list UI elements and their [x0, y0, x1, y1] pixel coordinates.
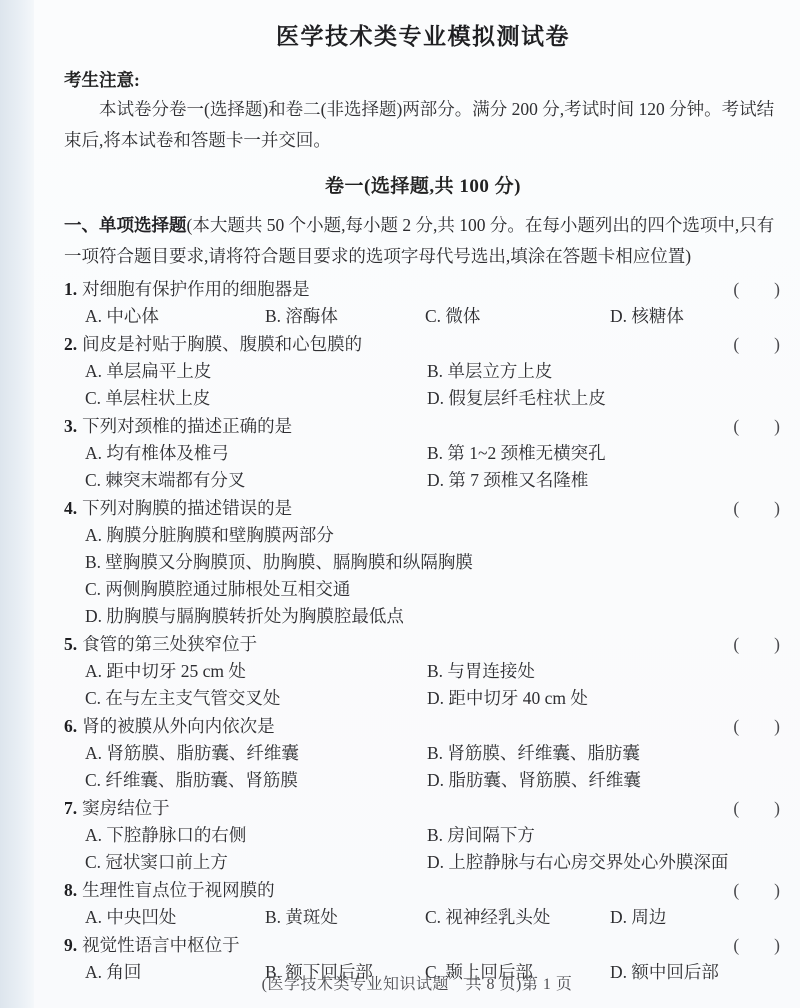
- option-a: A. 胸膜分脏胸膜和壁胸膜两部分: [85, 522, 782, 549]
- option-d: D. 第 7 颈椎又名隆椎: [427, 467, 782, 494]
- question-number: 8.: [64, 877, 77, 904]
- notice-label: 考生注意:: [64, 67, 782, 92]
- option-a: A. 距中切牙 25 cm 处: [85, 658, 427, 685]
- question-number: 2.: [64, 331, 77, 358]
- question-stem-row: 1. 对细胞有保护作用的细胞器是 ( ): [64, 276, 782, 303]
- option-c: C. 棘突末端都有分叉: [85, 467, 427, 494]
- page-footer: (医学技术类专业知识试题 共 8 页)第 1 页: [34, 971, 800, 994]
- option-d: D. 脂肪囊、肾筋膜、纤维囊: [427, 767, 782, 794]
- option-d: D. 肋胸膜与膈胸膜转折处为胸膜腔最低点: [85, 603, 782, 630]
- options-row: A. 中心体 B. 溶酶体 C. 微体 D. 核糖体: [85, 303, 782, 330]
- option-a: A. 中央凹处: [85, 904, 265, 931]
- question-2: 2. 间皮是衬贴于胸膜、腹膜和心包膜的 ( ) A. 单层扁平上皮 B. 单层立…: [64, 331, 782, 412]
- question-stem: 肾的被膜从外向内依次是: [82, 713, 733, 740]
- question-stem: 间皮是衬贴于胸膜、腹膜和心包膜的: [82, 331, 733, 358]
- answer-bracket: ( ): [733, 495, 782, 522]
- questions-list: 1. 对细胞有保护作用的细胞器是 ( ) A. 中心体 B. 溶酶体 C. 微体…: [64, 276, 782, 986]
- question-number: 3.: [64, 413, 77, 440]
- option-b: B. 房间隔下方: [427, 822, 782, 849]
- answer-bracket: ( ): [733, 713, 782, 740]
- question-number: 5.: [64, 631, 77, 658]
- question-stem-row: 8. 生理性盲点位于视网膜的 ( ): [64, 877, 782, 904]
- part-label: 一、单项选择题: [64, 215, 187, 235]
- option-d: D. 假复层纤毛柱状上皮: [427, 385, 782, 412]
- question-stem: 视觉性语言中枢位于: [82, 932, 733, 959]
- option-c: C. 冠状窦口前上方: [85, 849, 427, 876]
- answer-bracket: ( ): [733, 413, 782, 440]
- option-b: B. 壁胸膜又分胸膜顶、肋胸膜、膈胸膜和纵隔胸膜: [85, 549, 782, 576]
- answer-bracket: ( ): [733, 276, 782, 303]
- question-stem-row: 6. 肾的被膜从外向内依次是 ( ): [64, 713, 782, 740]
- question-stem-row: 3. 下列对颈椎的描述正确的是 ( ): [64, 413, 782, 440]
- option-a: A. 下腔静脉口的右侧: [85, 822, 427, 849]
- option-c: C. 视神经乳头处: [425, 904, 610, 931]
- answer-bracket: ( ): [733, 932, 782, 959]
- question-1: 1. 对细胞有保护作用的细胞器是 ( ) A. 中心体 B. 溶酶体 C. 微体…: [64, 276, 782, 330]
- option-a: A. 均有椎体及椎弓: [85, 440, 427, 467]
- question-number: 6.: [64, 713, 77, 740]
- option-d: D. 核糖体: [610, 303, 782, 330]
- page-title: 医学技术类专业模拟测试卷: [64, 18, 782, 51]
- question-stem: 对细胞有保护作用的细胞器是: [82, 276, 733, 303]
- option-c: C. 在与左主支气管交叉处: [85, 685, 427, 712]
- notice-body: 本试卷分卷一(选择题)和卷二(非选择题)两部分。满分 200 分,考试时间 12…: [64, 94, 782, 156]
- question-stem: 窦房结位于: [82, 795, 733, 822]
- question-number: 9.: [64, 932, 77, 959]
- exam-paper-page: 医学技术类专业模拟测试卷 考生注意: 本试卷分卷一(选择题)和卷二(非选择题)两…: [34, 0, 800, 1008]
- option-a: A. 单层扁平上皮: [85, 358, 427, 385]
- question-7: 7. 窦房结位于 ( ) A. 下腔静脉口的右侧 B. 房间隔下方 C. 冠状窦…: [64, 795, 782, 876]
- options-list: A. 胸膜分脏胸膜和壁胸膜两部分 B. 壁胸膜又分胸膜顶、肋胸膜、膈胸膜和纵隔胸…: [85, 522, 782, 630]
- option-a: A. 肾筋膜、脂肪囊、纤维囊: [85, 740, 427, 767]
- option-c: C. 单层柱状上皮: [85, 385, 427, 412]
- option-a: A. 中心体: [85, 303, 265, 330]
- option-b: B. 单层立方上皮: [427, 358, 782, 385]
- options-row: A. 中央凹处 B. 黄斑处 C. 视神经乳头处 D. 周边: [85, 904, 782, 931]
- question-number: 7.: [64, 795, 77, 822]
- option-c: C. 微体: [425, 303, 610, 330]
- question-6: 6. 肾的被膜从外向内依次是 ( ) A. 肾筋膜、脂肪囊、纤维囊 B. 肾筋膜…: [64, 713, 782, 794]
- question-stem-row: 7. 窦房结位于 ( ): [64, 795, 782, 822]
- option-b: B. 第 1~2 颈椎无横突孔: [427, 440, 782, 467]
- option-d: D. 周边: [610, 904, 782, 931]
- question-8: 8. 生理性盲点位于视网膜的 ( ) A. 中央凹处 B. 黄斑处 C. 视神经…: [64, 877, 782, 931]
- question-stem-row: 9. 视觉性语言中枢位于 ( ): [64, 932, 782, 959]
- options-grid: A. 距中切牙 25 cm 处 B. 与胃连接处 C. 在与左主支气管交叉处 D…: [85, 658, 782, 712]
- scan-edge-strip: [0, 0, 34, 1008]
- answer-bracket: ( ): [733, 795, 782, 822]
- option-b: B. 溶酶体: [265, 303, 425, 330]
- question-number: 1.: [64, 276, 77, 303]
- question-3: 3. 下列对颈椎的描述正确的是 ( ) A. 均有椎体及椎弓 B. 第 1~2 …: [64, 413, 782, 494]
- option-b: B. 黄斑处: [265, 904, 425, 931]
- option-b: B. 与胃连接处: [427, 658, 782, 685]
- option-c: C. 纤维囊、脂肪囊、肾筋膜: [85, 767, 427, 794]
- question-stem: 生理性盲点位于视网膜的: [82, 877, 733, 904]
- question-stem: 下列对胸膜的描述错误的是: [82, 495, 733, 522]
- answer-bracket: ( ): [733, 331, 782, 358]
- question-stem: 下列对颈椎的描述正确的是: [82, 413, 733, 440]
- question-stem-row: 5. 食管的第三处狭窄位于 ( ): [64, 631, 782, 658]
- options-grid: A. 下腔静脉口的右侧 B. 房间隔下方 C. 冠状窦口前上方 D. 上腔静脉与…: [85, 822, 782, 876]
- option-d: D. 距中切牙 40 cm 处: [427, 685, 782, 712]
- option-b: B. 肾筋膜、纤维囊、脂肪囊: [427, 740, 782, 767]
- question-stem-row: 4. 下列对胸膜的描述错误的是 ( ): [64, 495, 782, 522]
- section-heading: 卷一(选择题,共 100 分): [64, 171, 782, 198]
- part-heading: 一、单项选择题(本大题共 50 个小题,每小题 2 分,共 100 分。在每小题…: [64, 210, 782, 272]
- answer-bracket: ( ): [733, 877, 782, 904]
- question-stem-row: 2. 间皮是衬贴于胸膜、腹膜和心包膜的 ( ): [64, 331, 782, 358]
- options-grid: A. 单层扁平上皮 B. 单层立方上皮 C. 单层柱状上皮 D. 假复层纤毛柱状…: [85, 358, 782, 412]
- options-grid: A. 肾筋膜、脂肪囊、纤维囊 B. 肾筋膜、纤维囊、脂肪囊 C. 纤维囊、脂肪囊…: [85, 740, 782, 794]
- question-number: 4.: [64, 495, 77, 522]
- option-d: D. 上腔静脉与右心房交界处心外膜深面: [427, 849, 782, 876]
- answer-bracket: ( ): [733, 631, 782, 658]
- question-stem: 食管的第三处狭窄位于: [82, 631, 733, 658]
- question-5: 5. 食管的第三处狭窄位于 ( ) A. 距中切牙 25 cm 处 B. 与胃连…: [64, 631, 782, 712]
- option-c: C. 两侧胸膜腔通过肺根处互相交通: [85, 576, 782, 603]
- question-4: 4. 下列对胸膜的描述错误的是 ( ) A. 胸膜分脏胸膜和壁胸膜两部分 B. …: [64, 495, 782, 630]
- options-grid: A. 均有椎体及椎弓 B. 第 1~2 颈椎无横突孔 C. 棘突末端都有分叉 D…: [85, 440, 782, 494]
